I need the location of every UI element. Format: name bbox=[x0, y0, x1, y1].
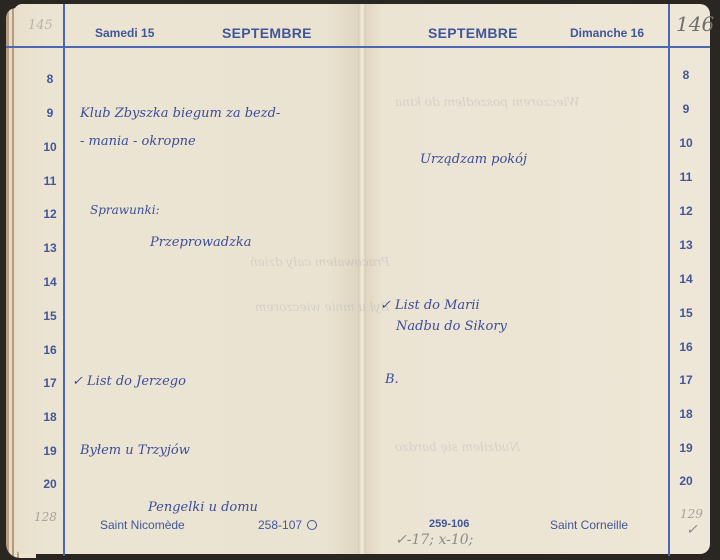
right-day-count: 259-106 bbox=[429, 518, 469, 530]
hour-label: 11 bbox=[672, 170, 700, 184]
hour-label: 10 bbox=[672, 136, 700, 150]
left-day-count: 258-107 bbox=[258, 518, 317, 532]
bleed-through-text: Pracowałem cały dzień bbox=[250, 255, 390, 269]
hour-label: 8 bbox=[672, 68, 700, 82]
handwritten-entry: B. bbox=[385, 372, 399, 387]
hour-label: 12 bbox=[672, 204, 700, 218]
right-header-rule bbox=[362, 46, 710, 48]
hour-label: 17 bbox=[36, 376, 64, 390]
hour-label: 15 bbox=[672, 306, 700, 320]
hour-label: 13 bbox=[672, 238, 700, 252]
book-gutter bbox=[358, 4, 366, 554]
left-day-label: Samedi 15 bbox=[95, 26, 154, 40]
hour-label: 18 bbox=[672, 407, 700, 421]
hour-label: 16 bbox=[36, 343, 64, 357]
hour-label: 9 bbox=[672, 102, 700, 116]
right-page bbox=[362, 4, 710, 554]
handwritten-entry: Urządzam pokój bbox=[420, 152, 527, 167]
handwritten-entry: Sprawunki: bbox=[90, 203, 160, 217]
hour-label: 10 bbox=[36, 140, 64, 154]
left-month-label: SEPTEMBRE bbox=[222, 25, 312, 41]
hour-label: 13 bbox=[36, 241, 64, 255]
pencil-tally: ✓-17; x-10; bbox=[395, 532, 473, 548]
right-month-label: SEPTEMBRE bbox=[428, 25, 518, 41]
handwritten-entry: ✓ List do Jerzego bbox=[72, 374, 186, 389]
hour-label: 20 bbox=[672, 474, 700, 488]
bleed-through-text: Był u mnie wieczorem bbox=[255, 300, 389, 314]
handwritten-entry: Pengelki u domu bbox=[148, 500, 258, 515]
bleed-through-text: Nudziłem się bardzo bbox=[395, 440, 520, 454]
right-margin-note: 129 bbox=[680, 507, 703, 521]
right-margin-rule bbox=[668, 4, 670, 556]
handwritten-entry: ✓ List do Marii bbox=[380, 298, 480, 313]
left-margin-note: 128 bbox=[34, 510, 57, 524]
hour-label: 16 bbox=[672, 340, 700, 354]
hour-label: 18 bbox=[36, 410, 64, 424]
bleed-through-text: Wieczorem poszedłem do kina bbox=[395, 95, 579, 109]
handwritten-entry: Nadbu do Sikory bbox=[396, 319, 507, 334]
day-count-text: 258-107 bbox=[258, 518, 302, 532]
hour-label: 14 bbox=[36, 275, 64, 289]
handwritten-entry: Byłem u Trzyjów bbox=[80, 443, 190, 458]
hour-label: 19 bbox=[672, 441, 700, 455]
left-corner-page-number: 145 bbox=[28, 18, 53, 33]
left-page bbox=[14, 4, 362, 554]
hour-label: 11 bbox=[36, 174, 64, 188]
hour-label: 9 bbox=[36, 106, 64, 120]
handwritten-entry: Przeprowadzka bbox=[150, 235, 252, 250]
hour-label: 19 bbox=[36, 444, 64, 458]
handwritten-entry: Klub Zbyszka biegum za bezd- bbox=[80, 106, 280, 121]
handwritten-entry: - mania - okropne bbox=[80, 134, 196, 149]
hour-label: 12 bbox=[36, 207, 64, 221]
moon-phase-icon bbox=[307, 520, 317, 530]
right-corner-page-number: 146 bbox=[676, 12, 714, 36]
hour-label: 20 bbox=[36, 477, 64, 491]
hour-label: 17 bbox=[672, 373, 700, 387]
hour-label: 8 bbox=[36, 72, 64, 86]
left-saint-name: Saint Nicomède bbox=[100, 518, 185, 532]
left-header-rule bbox=[6, 46, 362, 48]
hour-label: 14 bbox=[672, 272, 700, 286]
hour-label: 15 bbox=[36, 309, 64, 323]
right-day-label: Dimanche 16 bbox=[570, 26, 644, 40]
right-saint-name: Saint Corneille bbox=[550, 518, 628, 532]
right-margin-check: ✓ bbox=[686, 522, 698, 538]
